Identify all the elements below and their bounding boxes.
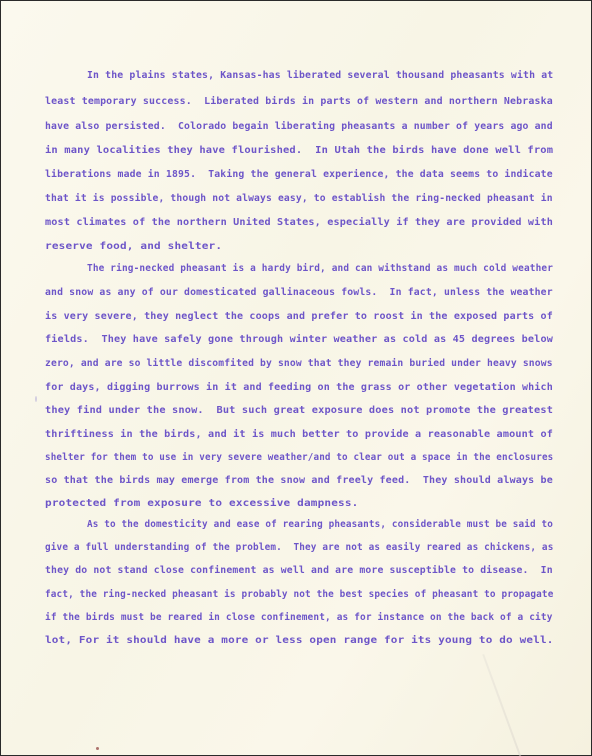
text-line: if the birds must be reared in close con… [45,612,553,624]
text-line: give a full understanding of the problem… [45,542,553,554]
text-line: so that the birds may emerge from the sn… [45,475,553,487]
text-line: As to the domesticity and ease of rearin… [87,519,553,531]
text-line: protected from exposure to excessive dam… [45,498,358,510]
document-page: In the plains states, Kansas-has liberat… [1,1,591,755]
text-line: lot, For it should have a more or less o… [45,635,554,647]
text-line: that it is possible, though not always e… [45,193,553,205]
text-line: have also persisted. Colorado begain lib… [45,121,553,133]
text-line: is very severe, they neglect the coops a… [45,311,553,323]
text-line: and snow as any of our domesticated gall… [45,287,553,299]
text-line: fact, the ring-necked pheasant is probab… [45,589,553,601]
paper-speck [96,747,99,750]
text-line: The ring-necked pheasant is a hardy bird… [87,263,553,275]
text-line: least temporary success. Liberated birds… [45,96,553,108]
text-line: thriftiness in the birds, and it is much… [45,429,553,441]
paper-speck [35,396,37,402]
text-line: fields. They have safely gone through wi… [45,334,553,346]
paper-fold-mark [482,654,522,756]
text-line: they find under the snow. But such great… [45,405,553,417]
text-line: reserve food, and shelter. [45,241,222,253]
text-line: most climates of the northern United Sta… [45,217,553,229]
text-line: for days, digging burrows in it and feed… [45,382,553,394]
text-line: in many localities they have flourished.… [45,145,553,157]
text-line: In the plains states, Kansas-has liberat… [87,70,553,82]
text-line: zero, and are so little discomfited by s… [45,358,553,370]
text-line: they do not stand close confinement as w… [45,565,553,577]
text-line: shelter for them to use in very severe w… [45,452,553,464]
text-line: liberations made in 1895. Taking the gen… [45,169,553,181]
